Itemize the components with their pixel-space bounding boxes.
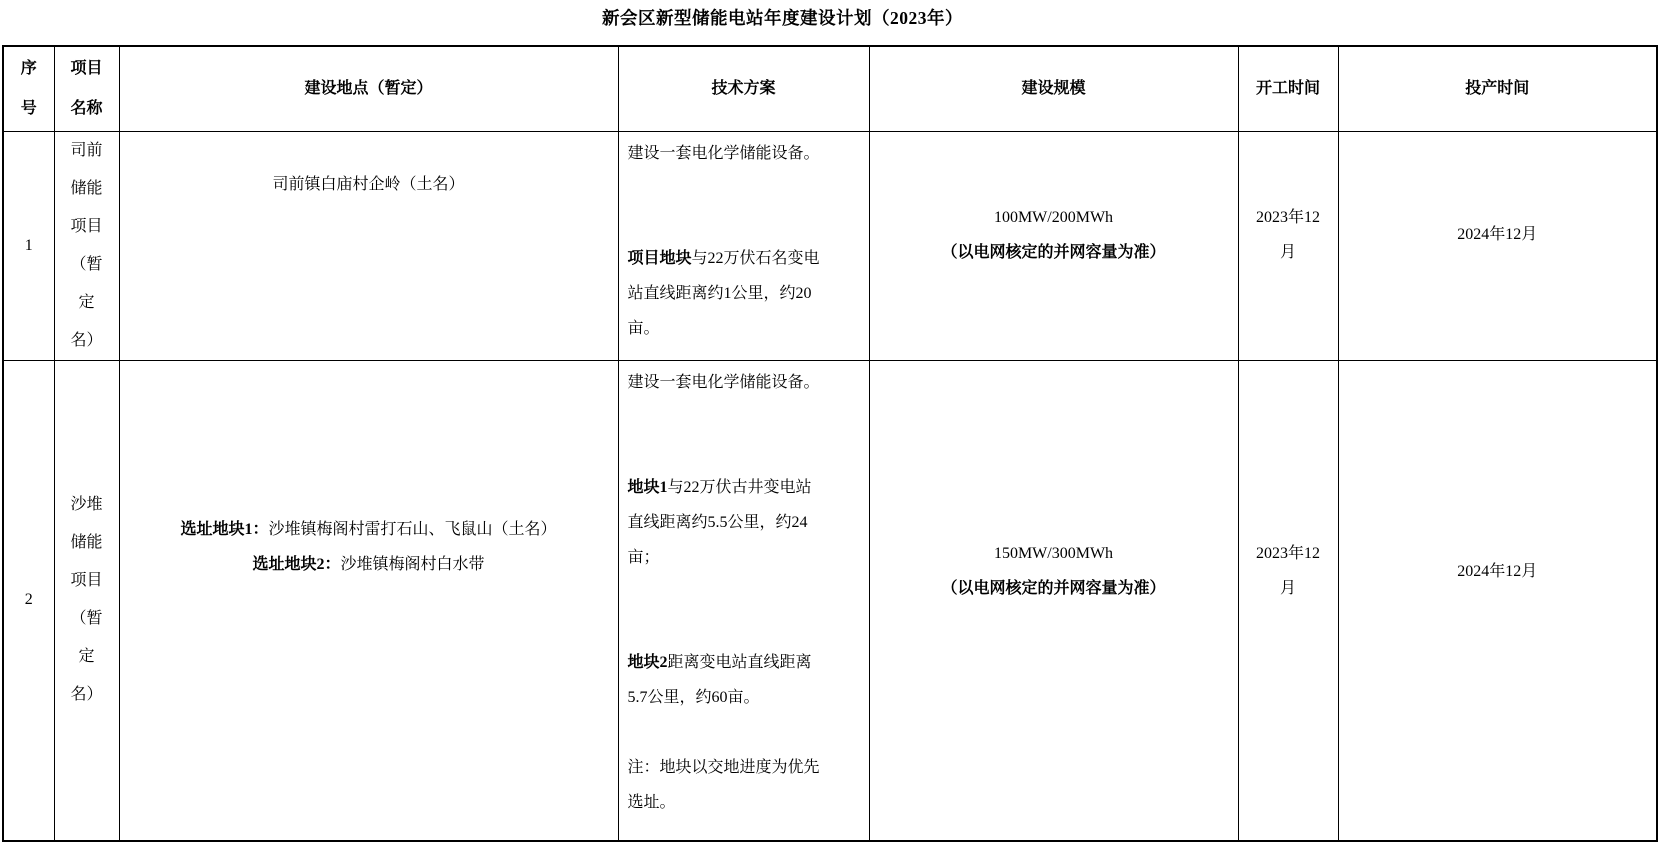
col-header-tech: 技术方案 [618,46,869,131]
col-header-start: 开工时间 [1238,46,1338,131]
table-row: 2 沙堆 储能 项目 （暂 定 名） 选址地块1：沙堆镇梅阁村雷打石山、飞鼠山（… [3,360,1657,841]
col-header-scale: 建设规模 [869,46,1238,131]
col-header-seq: 序 号 [3,46,54,131]
text-run: 100MW/200MWh [994,209,1113,226]
row1-start-cell: 2023年12 月 [1238,131,1338,360]
row2-seq-cell: 2 [3,360,54,841]
bold-text-run: （以电网核定的并网容量为准） [941,580,1165,597]
text-run: 司前镇白庙村企岭（土名） [272,176,464,193]
text-run: 建设一套电化学储能设备。 [628,145,820,162]
row1-location-cell: 司前镇白庙村企岭（土名） [119,131,618,360]
table-row: 1 司前 储能 项目 （暂 定 名） 司前镇白庙村企岭（土名） 建设一套电化学储… [3,131,1657,360]
bold-text-run: 项目地块 [628,250,692,267]
row1-name-cell: 司前 储能 项目 （暂 定 名） [54,131,119,360]
row2-start-cell: 2023年12 月 [1238,360,1338,841]
header-row: 序 号 项目 名称 建设地点（暂定） 技术方案 建设规模 开工时间 投产时间 [3,46,1657,131]
bold-text-run: 选址地块2： [252,556,340,573]
text-run: 沙堆镇梅阁村白水带 [341,556,485,573]
bold-text-run: 选址地块1： [180,521,268,538]
text-run: 沙堆镇梅阁村雷打石山、飞鼠山（土名） [269,521,557,538]
bold-text-run: 地块2 [628,654,668,671]
row1-seq-cell: 1 [3,131,54,360]
bold-text-run: （以电网核定的并网容量为准） [941,244,1165,261]
row2-prod-cell: 2024年12月 [1338,360,1657,841]
bold-text-run: 地块1 [628,479,668,496]
row1-tech-cell: 建设一套电化学储能设备。 项目地块与22万伏石名变电 站直线距离约1公里，约20… [618,131,869,360]
text-run: 建设一套电化学储能设备。 [628,374,820,391]
col-header-name: 项目 名称 [54,46,119,131]
row1-scale-cell: 100MW/200MWh （以电网核定的并网容量为准） [869,131,1238,360]
row2-tech-cell: 建设一套电化学储能设备。 地块1与22万伏古井变电站 直线距离约5.5公里，约2… [618,360,869,841]
page-title: 新会区新型储能电站年度建设计划（2023年） [0,5,1565,31]
plan-table: 序 号 项目 名称 建设地点（暂定） 技术方案 建设规模 开工时间 投产时间 1… [2,45,1658,842]
text-run: 注：地块以交地进度为优先 选址。 [628,759,820,811]
col-header-prod: 投产时间 [1338,46,1657,131]
row1-prod-cell: 2024年12月 [1338,131,1657,360]
row2-scale-cell: 150MW/300MWh （以电网核定的并网容量为准） [869,360,1238,841]
row2-location-cell: 选址地块1：沙堆镇梅阁村雷打石山、飞鼠山（土名） 选址地块2：沙堆镇梅阁村白水带 [119,360,618,841]
document-page: 新会区新型储能电站年度建设计划（2023年） 序 号 项目 名称 建设地点（暂定… [0,0,1660,844]
col-header-location: 建设地点（暂定） [119,46,618,131]
text-run: 150MW/300MWh [994,545,1113,562]
row2-name-cell: 沙堆 储能 项目 （暂 定 名） [54,360,119,841]
